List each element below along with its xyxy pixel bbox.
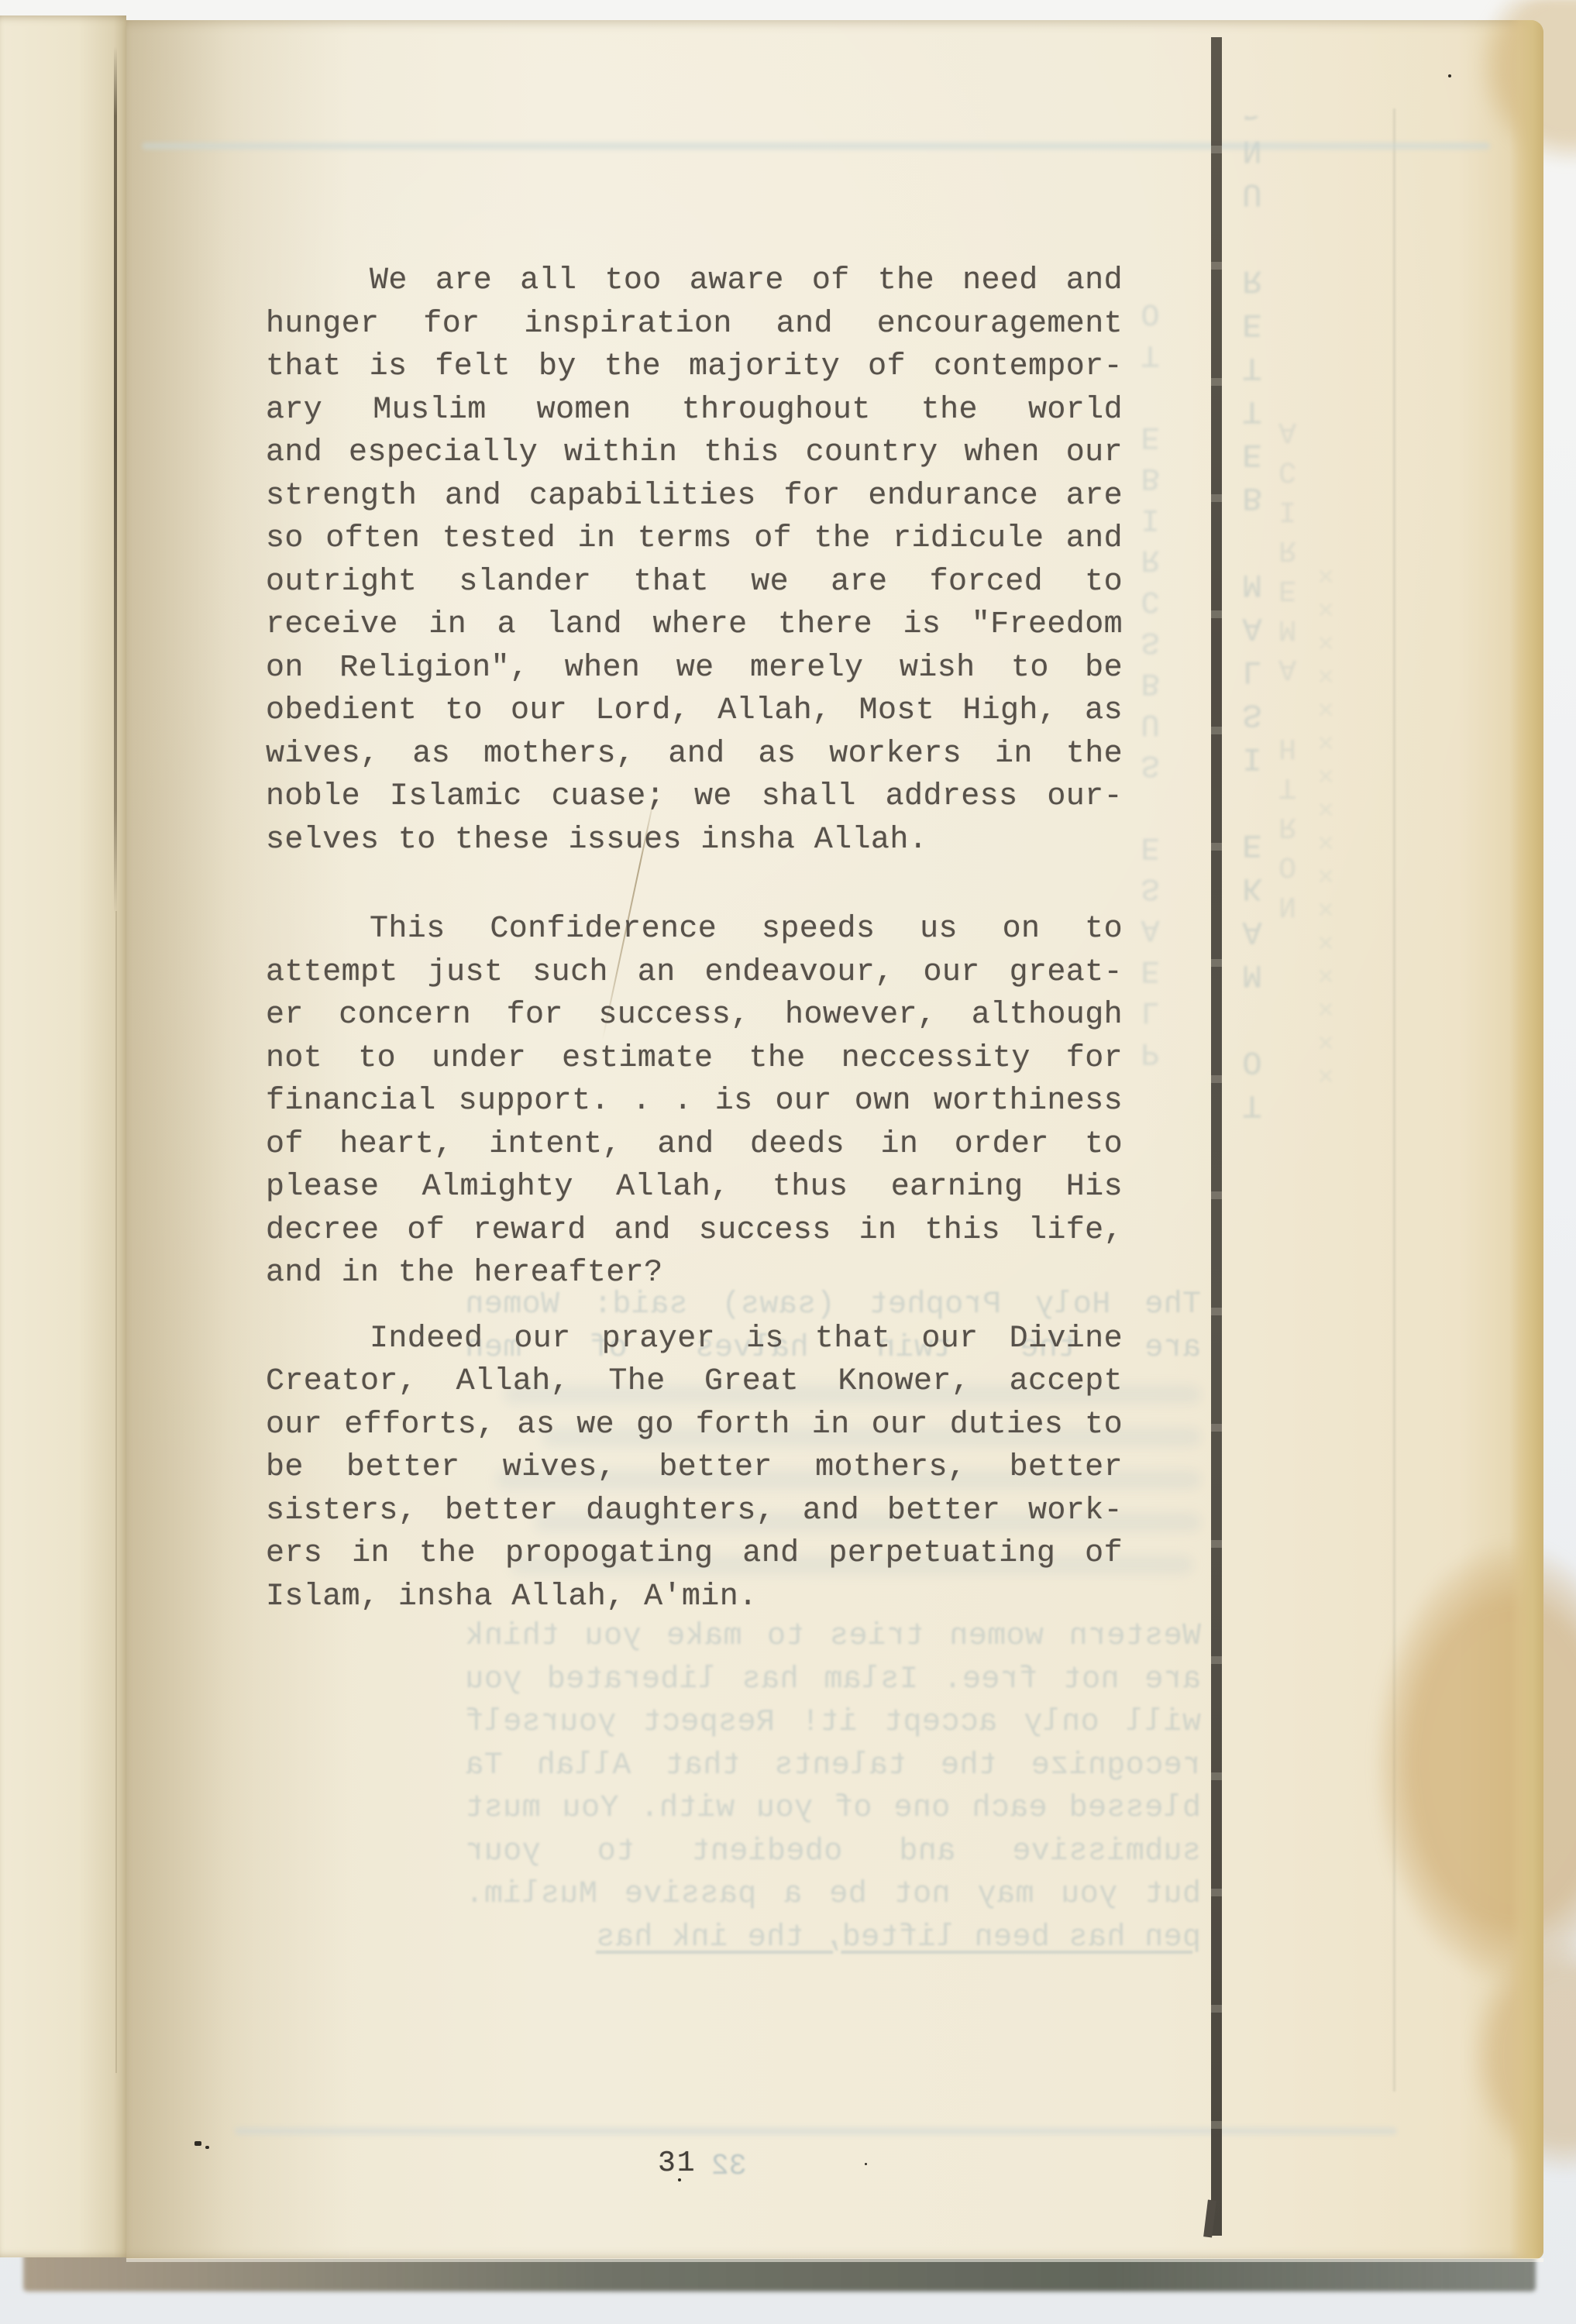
- page-number: 31: [658, 2147, 697, 2180]
- body-text: We are all too aware of the need andhung…: [266, 260, 1123, 1618]
- text-line: Indeed our prayer is that our Divine: [266, 1318, 1123, 1361]
- text-line: on Religion", when we merely wish to be: [266, 647, 1123, 690]
- scan-streak: [235, 2127, 1397, 2135]
- text-line: receive in a land where there is "Freedo…: [266, 603, 1123, 647]
- text-line: er concern for success, however, althoug…: [266, 994, 1123, 1037]
- bleed-through-line: submissive and obedient to your husband: [465, 1831, 1201, 1874]
- ink-speck: [865, 2163, 867, 2165]
- bleed-through-line: recognize the talents that Allah Ta Ala …: [465, 1745, 1201, 1788]
- paragraph: This Confiderence speeds us on toattempt…: [266, 908, 1123, 1295]
- text-line: and especially within this country when …: [266, 431, 1123, 475]
- text-line: selves to these issues insha Allah.: [266, 819, 1123, 862]
- bleed-through-vertical-text: NORTH AMERICA: [1271, 333, 1304, 922]
- scanned-book-page: TO MAKE ISLAM BETTER UNDERSTOOD NORTH AM…: [0, 0, 1576, 2324]
- text-line: outright slander that we are forced to: [266, 561, 1123, 604]
- deckle-edge: [1509, 20, 1543, 2259]
- stain: [1389, 1903, 1576, 2181]
- text-line: not to under estimate the neccessity for: [266, 1037, 1123, 1081]
- ink-speck: [205, 2146, 209, 2149]
- text-line: decree of reward and success in this lif…: [266, 1209, 1123, 1253]
- ink-speck: [194, 2141, 201, 2146]
- bleed-through-zigzag-border: ✕✕✕✕✕✕✕✕✕✕✕✕✕✕✕✕: [1308, 163, 1339, 1092]
- paragraph: Indeed our prayer is that our DivineCrea…: [266, 1318, 1123, 1619]
- text-line: that is felt by the majority of contempo…: [266, 346, 1123, 389]
- text-line: strength and capabilities for endurance …: [266, 475, 1123, 518]
- text-line: This Confiderence speeds us on to: [266, 908, 1123, 951]
- bleed-through-line: are not free. Islam has liberated you if…: [465, 1659, 1201, 1702]
- text-line: financial support. . . is our own worthi…: [266, 1080, 1123, 1123]
- text-line: obedient to our Lord, Allah, Most High, …: [266, 689, 1123, 733]
- margin-rule-line: [1211, 37, 1222, 2236]
- text-line: noble Islamic cuase; we shall address ou…: [266, 775, 1123, 819]
- text-line: We are all too aware of the need and: [266, 260, 1123, 303]
- bleed-through-line: pen has been lifted, the ink has dried.: [465, 1917, 1201, 1960]
- text-line: hunger for inspiration and encouragement: [266, 303, 1123, 346]
- text-line: wives, as mothers, and as workers in the: [266, 733, 1123, 776]
- text-line: so often tested in terms of the ridicule…: [266, 517, 1123, 561]
- bleed-through-line: Western women tries to make you think yo…: [465, 1615, 1201, 1659]
- page-bottom-edge: [126, 2258, 1543, 2262]
- text-line: our efforts, as we go forth in our dutie…: [266, 1404, 1123, 1447]
- text-line: and in the hereafter?: [266, 1252, 1123, 1295]
- text-line: Islam, insha Allah, A'min.: [266, 1576, 1123, 1619]
- bleed-through-line: will only accept it! Respect yourself an…: [465, 1701, 1201, 1745]
- text-line: attempt just such an endeavour, our grea…: [266, 951, 1123, 995]
- ghost-page-number: 32: [711, 2150, 747, 2183]
- bleed-through-line: but you may not be a passive Muslim. The: [465, 1873, 1201, 1917]
- paragraph: We are all too aware of the need andhung…: [266, 260, 1123, 861]
- ink-speck: [1448, 74, 1451, 77]
- bleed-through-paragraph: Western women tries to make you think yo…: [465, 1615, 1201, 1959]
- stitch-thread: [114, 46, 117, 914]
- text-line: please Almighty Allah, thus earning His: [266, 1166, 1123, 1209]
- bleed-through-vertical-text: PLEASE SUBSCRIBE TO SALAUTYA: [1133, 248, 1168, 1069]
- scan-streak: [142, 143, 1490, 150]
- text-line: ers in the propogating and perpetuating …: [266, 1532, 1123, 1576]
- text-line: ary Muslim women throughout the world: [266, 389, 1123, 432]
- text-line: Creator, Allah, The Great Knower, accept: [266, 1360, 1123, 1404]
- facing-page-edge: [0, 15, 126, 2257]
- page: TO MAKE ISLAM BETTER UNDERSTOOD NORTH AM…: [126, 20, 1543, 2259]
- bleed-through-vertical-text: TO MAKE ISLAM BETTER UNDERSTOOD: [1234, 116, 1271, 1123]
- bleed-through-line: blessed each one of you with. You must b…: [465, 1787, 1201, 1831]
- text-line: of heart, intent, and deeds in order to: [266, 1123, 1123, 1167]
- text-line: be better wives, better mothers, better: [266, 1446, 1123, 1490]
- text-line: sisters, better daughters, and better wo…: [266, 1490, 1123, 1533]
- stain: [1405, 0, 1576, 229]
- gutter-crease: [115, 911, 117, 2073]
